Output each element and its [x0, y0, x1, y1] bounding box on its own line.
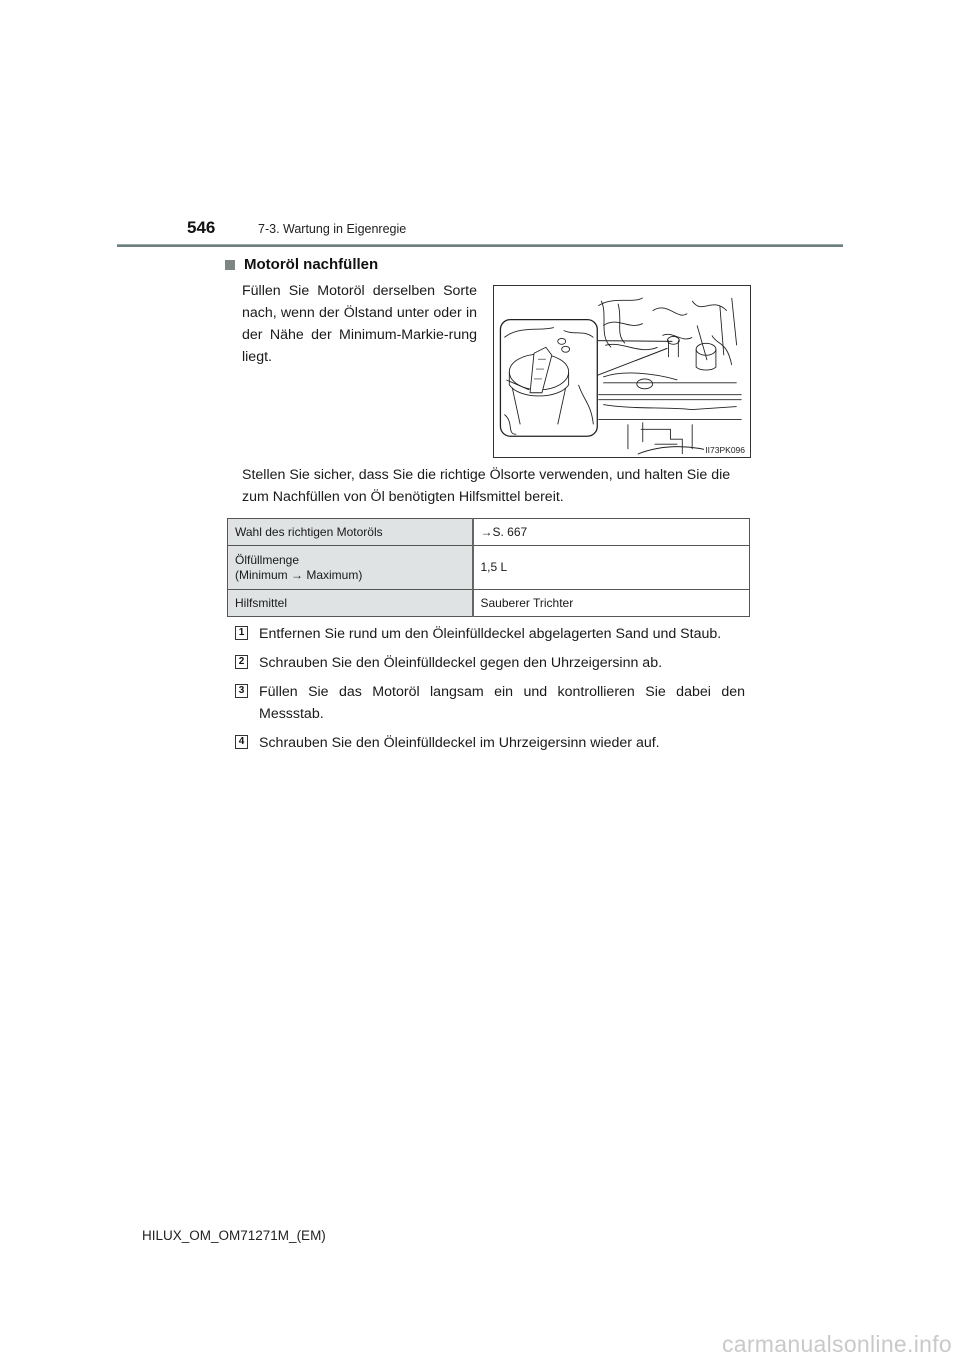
table-row: Ölfüllmenge (Minimum → Maximum) 1,5 L: [228, 546, 750, 590]
step-number-badge: 3: [235, 684, 248, 698]
table-label-cell: Wahl des richtigen Motoröls: [228, 519, 473, 546]
page-number: 546: [187, 218, 215, 238]
table-label-line: Ölfüllmenge: [235, 553, 465, 568]
table-label-cell: Ölfüllmenge (Minimum → Maximum): [228, 546, 473, 590]
section-reference: 7-3. Wartung in Eigenregie: [258, 222, 406, 236]
step-number-badge: 4: [235, 735, 248, 749]
table-value-cell: 1,5 L: [473, 546, 750, 590]
table-label-line: (Minimum → Maximum): [235, 568, 465, 583]
table-row: Hilfsmittel Sauberer Trichter: [228, 590, 750, 617]
step-text: Schrauben Sie den Öleinfülldeckel gegen …: [259, 652, 745, 674]
step-item: 4 Schrauben Sie den Öleinfülldeckel im U…: [235, 732, 745, 754]
engine-illustration: II73PK096: [493, 285, 751, 458]
section-title: Motoröl nachfüllen: [225, 256, 378, 273]
oil-spec-table: Wahl des richtigen Motoröls →S. 667 Ölfü…: [227, 518, 750, 617]
step-item: 1 Entfernen Sie rund um den Öleinfülldec…: [235, 623, 745, 645]
figure-code: II73PK096: [704, 445, 746, 455]
table-value-cell[interactable]: →S. 667: [473, 519, 750, 546]
table-value-cell: Sauberer Trichter: [473, 590, 750, 617]
step-text: Schrauben Sie den Öleinfülldeckel im Uhr…: [259, 732, 745, 754]
steps-list: 1 Entfernen Sie rund um den Öleinfülldec…: [235, 623, 745, 761]
step-item: 2 Schrauben Sie den Öleinfülldeckel gege…: [235, 652, 745, 674]
step-number-badge: 2: [235, 655, 248, 669]
step-number-badge: 1: [235, 626, 248, 640]
step-text: Füllen Sie das Motoröl langsam ein und k…: [259, 681, 745, 725]
step-text: Entfernen Sie rund um den Öleinfülldecke…: [259, 623, 745, 645]
watermark[interactable]: carmanualsonline.info: [722, 1331, 952, 1358]
square-bullet-icon: [225, 260, 235, 270]
table-label-cell: Hilfsmittel: [228, 590, 473, 617]
footer-document-id: HILUX_OM_OM71271M_(EM): [142, 1228, 326, 1243]
note-paragraph: Stellen Sie sicher, dass Sie die richtig…: [242, 464, 744, 508]
step-item: 3 Füllen Sie das Motoröl langsam ein und…: [235, 681, 745, 725]
header-rule: [117, 244, 843, 247]
table-row: Wahl des richtigen Motoröls →S. 667: [228, 519, 750, 546]
section-title-text: Motoröl nachfüllen: [244, 256, 378, 273]
intro-paragraph: Füllen Sie Motoröl derselben Sorte nach,…: [242, 280, 477, 368]
